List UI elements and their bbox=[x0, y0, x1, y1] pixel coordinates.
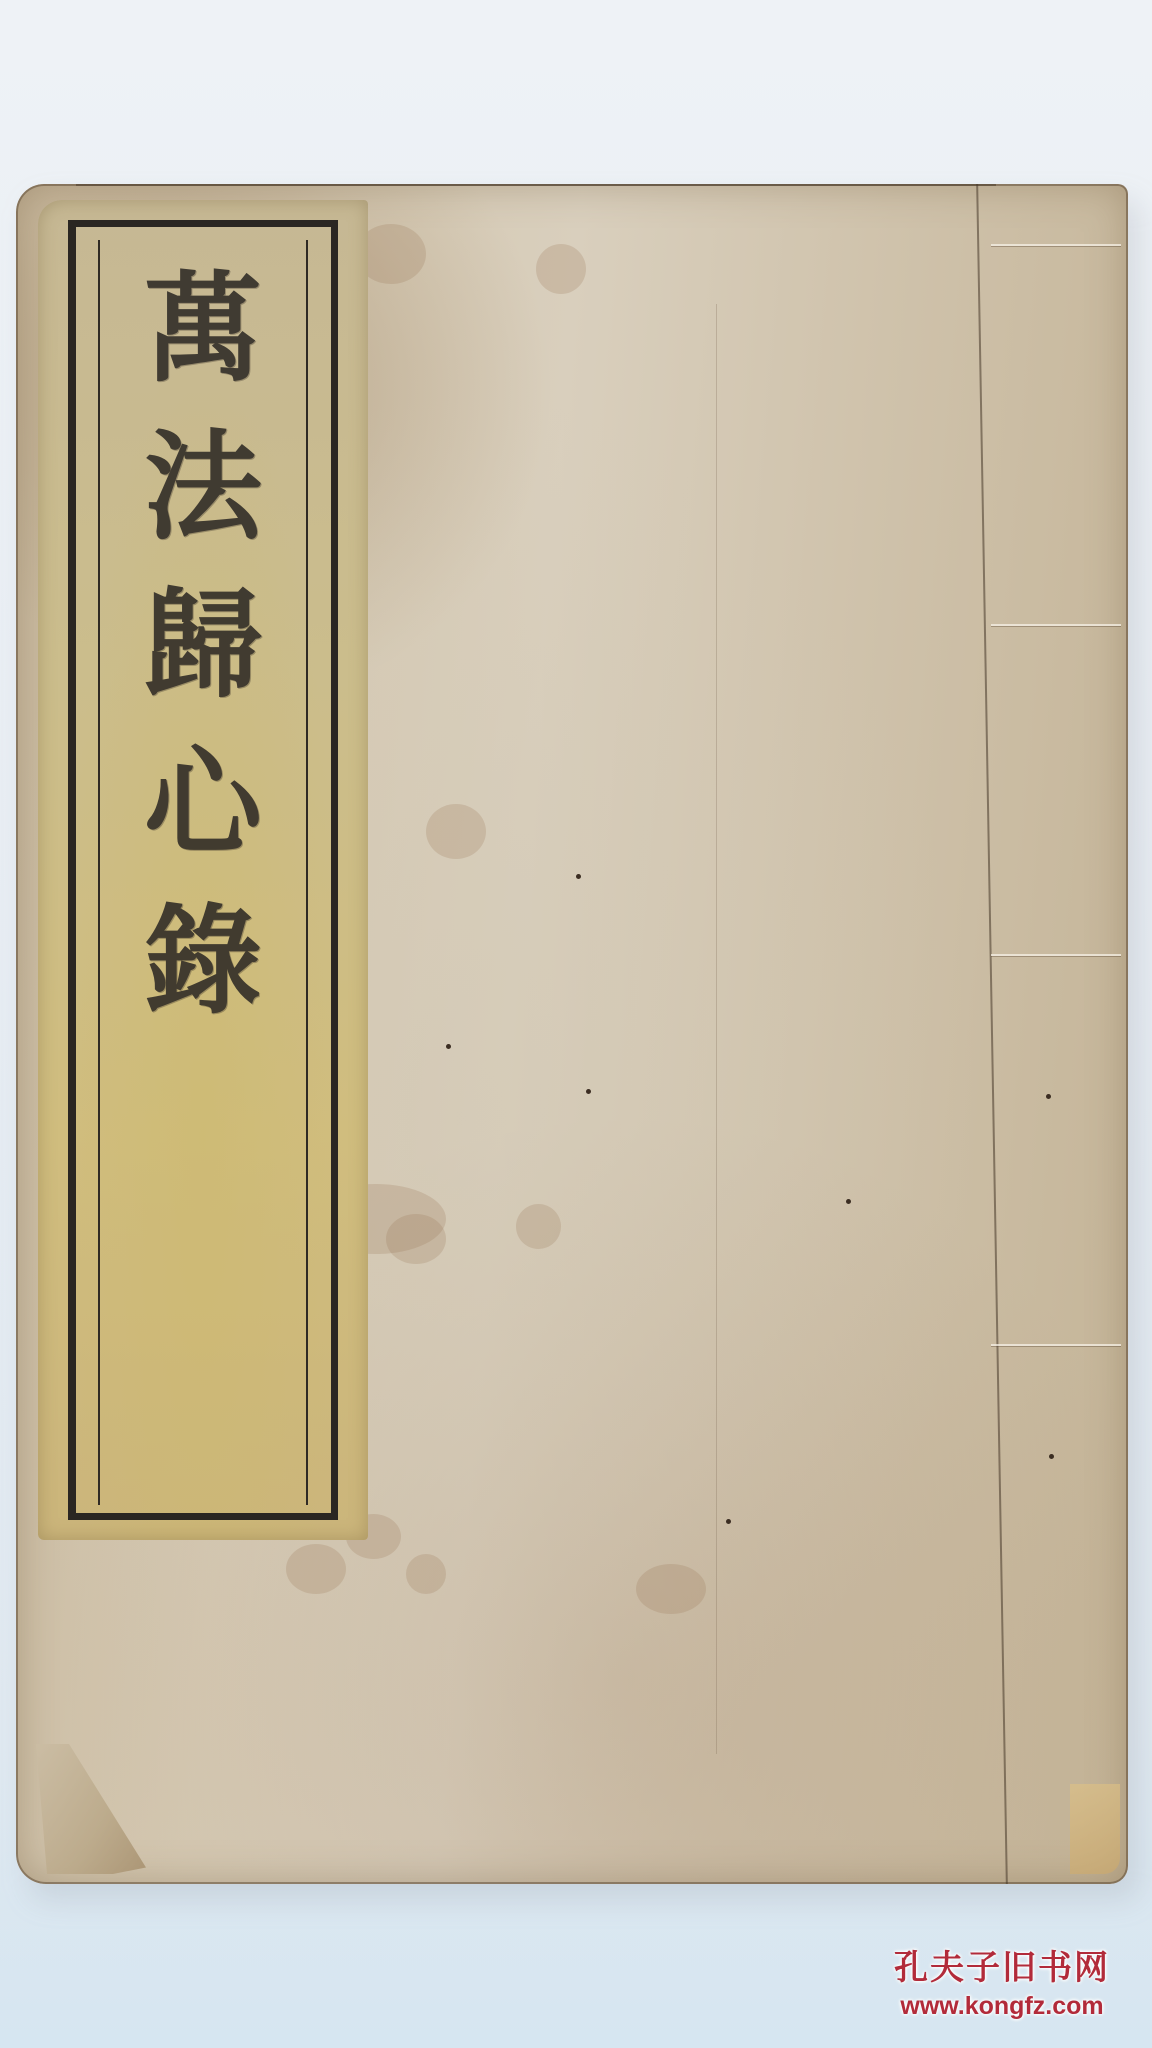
stain bbox=[516, 1204, 561, 1249]
binding-thread bbox=[991, 954, 1121, 956]
title-char: 歸 bbox=[144, 586, 262, 704]
book-cover: 萬 法 歸 心 錄 bbox=[16, 184, 1128, 1884]
title-char: 萬 bbox=[144, 270, 262, 388]
stain bbox=[406, 1554, 446, 1594]
worn-corner bbox=[1070, 1784, 1120, 1874]
folded-corner bbox=[36, 1744, 146, 1874]
site-watermark: 孔夫子旧书网 www.kongfz.com bbox=[862, 1946, 1142, 2022]
ink-spot bbox=[1049, 1454, 1054, 1459]
stain bbox=[636, 1564, 706, 1614]
binding-thread bbox=[991, 624, 1121, 626]
title-char: 法 bbox=[144, 428, 262, 546]
ink-spot bbox=[446, 1044, 451, 1049]
cover-fold-crease bbox=[716, 304, 717, 1754]
ink-spot bbox=[1046, 1094, 1051, 1099]
ink-spot bbox=[576, 874, 581, 879]
stain bbox=[386, 1214, 446, 1264]
title-char: 心 bbox=[144, 744, 262, 862]
binding-thread bbox=[991, 1344, 1121, 1346]
stain bbox=[286, 1544, 346, 1594]
watermark-url: www.kongfz.com bbox=[862, 1990, 1142, 2022]
ink-spot bbox=[726, 1519, 731, 1524]
stain bbox=[536, 244, 586, 294]
title-slip: 萬 法 歸 心 錄 bbox=[38, 200, 368, 1540]
book-title: 萬 法 歸 心 錄 bbox=[108, 270, 298, 1020]
ink-spot bbox=[846, 1199, 851, 1204]
watermark-site-name: 孔夫子旧书网 bbox=[862, 1946, 1142, 1990]
stain bbox=[426, 804, 486, 859]
binding-thread bbox=[991, 244, 1121, 246]
ink-spot bbox=[586, 1089, 591, 1094]
title-char: 錄 bbox=[144, 902, 262, 1020]
binding-spine-line bbox=[976, 184, 1008, 1884]
